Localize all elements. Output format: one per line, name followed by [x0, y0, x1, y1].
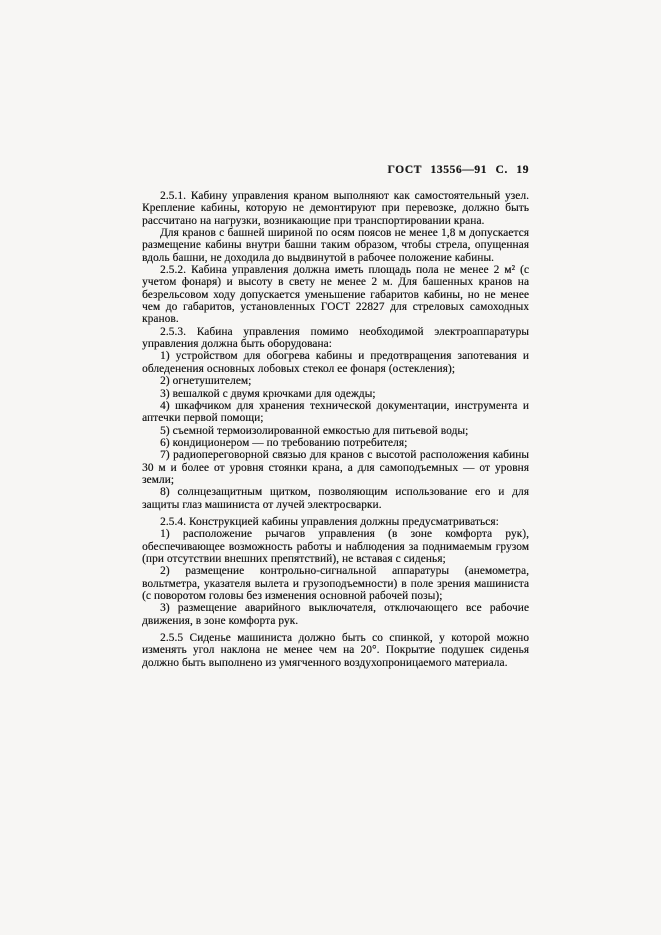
list-item-5: 5) съемной термоизолированной емкостью д…	[142, 425, 529, 437]
clause-2-5-3: 2.5.3. Кабина управления помимо необходи…	[142, 326, 529, 351]
list-item-2: 2) огнетушителем;	[142, 375, 529, 387]
list-item-1: 1) устройством для обогрева кабины и пре…	[142, 350, 529, 375]
list-item-2-5-4-3: 3) размещение аварийного выключателя, от…	[142, 602, 529, 627]
list-item-2-5-4-1: 1) расположение рычагов управления (в зо…	[142, 528, 529, 565]
list-item-7: 7) радиопереговорной связью для кранов с…	[142, 449, 529, 486]
clause-2-5-1: 2.5.1. Кабину управления краном выполняю…	[142, 190, 529, 227]
list-item-8: 8) солнцезащитным щитком, позволяющим ис…	[142, 486, 529, 511]
document-body: 2.5.1. Кабину управления краном выполняю…	[142, 190, 529, 669]
list-item-6: 6) кондиционером — по требованию потреби…	[142, 437, 529, 449]
list-item-4: 4) шкафчиком для хранения технической до…	[142, 400, 529, 425]
list-item-2-5-4-2: 2) размещение контрольно-сигнальной аппа…	[142, 565, 529, 602]
clause-2-5-2: 2.5.2. Кабина управления должна иметь пл…	[142, 264, 529, 326]
scanned-document-page: ГОСТ 13556—91 С. 19 2.5.1. Кабину управл…	[0, 0, 661, 935]
clause-2-5-4: 2.5.4. Конструкцией кабины управления до…	[142, 516, 529, 528]
clause-2-5-5: 2.5.5 Сиденье машиниста должно быть со с…	[142, 632, 529, 669]
running-head: ГОСТ 13556—91 С. 19	[387, 164, 529, 176]
list-item-3: 3) вешалкой с двумя крючками для одежды;	[142, 388, 529, 400]
clause-2-5-1-note: Для кранов с башней шириной по осям пояс…	[142, 227, 529, 264]
